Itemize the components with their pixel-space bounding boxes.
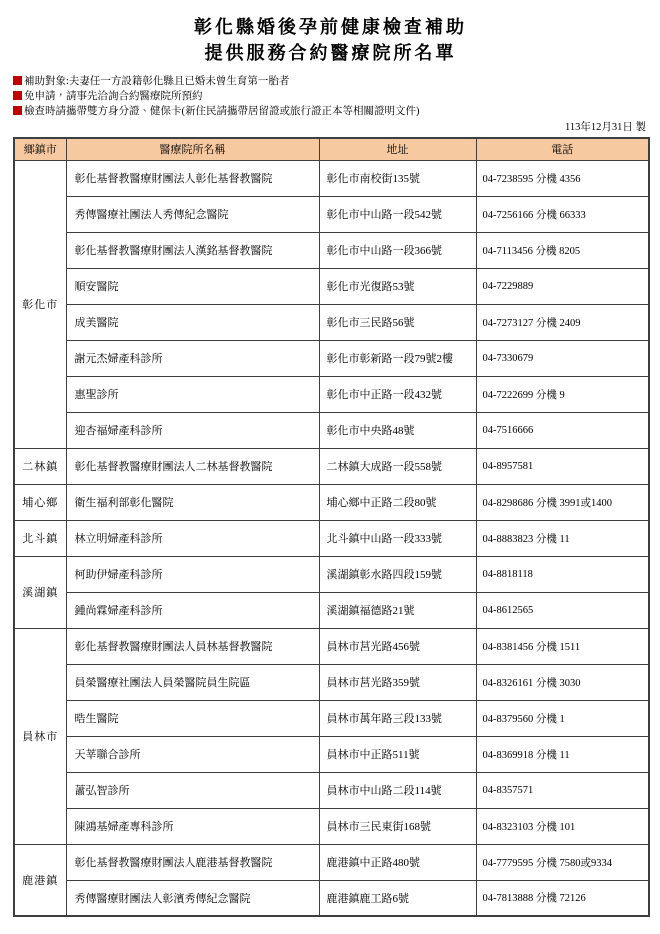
note-text: 補助對象:夫妻任一方設籍彰化縣且已婚未曾生育第一胎者 [24,76,289,87]
address-cell: 溪湖鎮彰水路四段159號 [319,556,476,592]
table-row: 員林市彰化基督教醫療財團法人員林基督教醫院員林市莒光路456號04-838145… [14,628,649,664]
address-cell: 彰化市中央路48號 [319,412,476,448]
hospital-name-cell: 彰化基督教醫療財團法人員林基督教醫院 [66,628,319,664]
hospital-name-cell: 晧生醫院 [66,700,319,736]
address-cell: 埔心鄉中正路二段80號 [319,484,476,520]
table-row: 鹿港鎮彰化基督教醫療財團法人鹿港基督教醫院鹿港鎮中正路480號04-777959… [14,844,649,880]
table-row: 員榮醫療社團法人員榮醫院員生院區員林市莒光路359號04-8326161 分機 … [14,664,649,700]
table-row: 北斗鎮林立明婦產科診所北斗鎮中山路一段333號04-8883823 分機 11 [14,520,649,556]
hospital-name-cell: 彰化基督教醫療財團法人漢銘基督教醫院 [66,232,319,268]
date-note: 113年12月31日 製 [13,121,648,135]
table-row: 埔心鄉衛生福利部彰化醫院埔心鄉中正路二段80號04-8298686 分機 399… [14,484,649,520]
hospital-name-cell: 鍾尚霖婦產科診所 [66,592,319,628]
phone-cell: 04-8298686 分機 3991或1400 [476,484,649,520]
table-row: 彰化市彰化基督教醫療財團法人彰化基督教醫院彰化市南校街135號04-723859… [14,160,649,196]
address-cell: 鹿港鎮中正路480號 [319,844,476,880]
phone-cell: 04-8957581 [476,448,649,484]
hospital-name-cell: 順安醫院 [66,268,319,304]
address-cell: 彰化市中正路一段432號 [319,376,476,412]
red-square-bullet-icon [13,91,22,100]
hospital-name-cell: 迎杏福婦產科診所 [66,412,319,448]
page-title-line1: 彰化縣婚後孕前健康檢查補助 [13,14,648,40]
note-text: 檢查時請攜帶雙方身分證、健保卡(新住民請攜帶居留證或旅行證正本等相關證明文件) [24,106,420,117]
phone-cell: 04-7229889 [476,268,649,304]
table-row: 晧生醫院員林市萬年路三段133號04-8379560 分機 1 [14,700,649,736]
table-row: 成美醫院彰化市三民路56號04-7273127 分機 2409 [14,304,649,340]
town-cell: 鹿港鎮 [14,844,66,916]
table-row: 順安醫院彰化市光復路53號04-7229889 [14,268,649,304]
column-header-phone: 電話 [476,138,649,160]
address-cell: 鹿港鎮鹿工路6號 [319,880,476,916]
address-cell: 員林市中山路二段114號 [319,772,476,808]
phone-cell: 04-7516666 [476,412,649,448]
hospital-name-cell: 陳鴻基婦產專科診所 [66,808,319,844]
address-cell: 二林鎮大成路一段558號 [319,448,476,484]
note-line: 補助對象:夫妻任一方設籍彰化縣且已婚未曾生育第一胎者 [13,74,648,89]
address-cell: 彰化市彰新路一段79號2樓 [319,340,476,376]
hospital-name-cell: 衛生福利部彰化醫院 [66,484,319,520]
town-cell: 溪湖鎮 [14,556,66,628]
table-header-row: 鄉鎮市 醫療院所名稱 地址 電話 [14,138,649,160]
hospital-name-cell: 彰化基督教醫療財團法人彰化基督教醫院 [66,160,319,196]
table-row: 陳鴻基婦產專科診所員林市三民東街168號04-8323103 分機 101 [14,808,649,844]
address-cell: 員林市萬年路三段133號 [319,700,476,736]
table-row: 蕭弘智診所員林市中山路二段114號04-8357571 [14,772,649,808]
address-cell: 彰化市三民路56號 [319,304,476,340]
phone-cell: 04-7238595 分機 4356 [476,160,649,196]
note-line: 檢查時請攜帶雙方身分證、健保卡(新住民請攜帶居留證或旅行證正本等相關證明文件) [13,104,648,119]
phone-cell: 04-7113456 分機 8205 [476,232,649,268]
phone-cell: 04-7330679 [476,340,649,376]
phone-cell: 04-8381456 分機 1511 [476,628,649,664]
table-row: 迎杏福婦產科診所彰化市中央路48號04-7516666 [14,412,649,448]
hospital-name-cell: 彰化基督教醫療財團法人二林基督教醫院 [66,448,319,484]
hospital-name-cell: 柯助伊婦產科診所 [66,556,319,592]
hospital-name-cell: 蕭弘智診所 [66,772,319,808]
address-cell: 員林市中正路511號 [319,736,476,772]
address-cell: 溪湖鎮福德路21號 [319,592,476,628]
address-cell: 彰化市中山路一段542號 [319,196,476,232]
note-text: 免申請，請事先洽詢合約醫療院所預約 [24,91,203,102]
town-cell: 北斗鎮 [14,520,66,556]
hospital-name-cell: 秀傳醫療社團法人秀傳紀念醫院 [66,196,319,232]
hospital-name-cell: 秀傳醫療財團法人彰濱秀傳紀念醫院 [66,880,319,916]
address-cell: 北斗鎮中山路一段333號 [319,520,476,556]
page-title-line2: 提供服務合約醫療院所名單 [13,40,648,66]
address-cell: 員林市莒光路456號 [319,628,476,664]
contract-clinic-table: 鄉鎮市 醫療院所名稱 地址 電話 彰化市彰化基督教醫療財團法人彰化基督教醫院彰化… [13,137,650,917]
phone-cell: 04-8357571 [476,772,649,808]
table-row: 二林鎮彰化基督教醫療財團法人二林基督教醫院二林鎮大成路一段558號04-8957… [14,448,649,484]
hospital-name-cell: 謝元杰婦產科診所 [66,340,319,376]
phone-cell: 04-8818118 [476,556,649,592]
page-title: 彰化縣婚後孕前健康檢查補助 提供服務合約醫療院所名單 [13,14,648,66]
town-cell: 彰化市 [14,160,66,448]
column-header-town: 鄉鎮市 [14,138,66,160]
hospital-name-cell: 成美醫院 [66,304,319,340]
table-row: 鍾尚霖婦產科診所溪湖鎮福德路21號04-8612565 [14,592,649,628]
hospital-name-cell: 員榮醫療社團法人員榮醫院員生院區 [66,664,319,700]
phone-cell: 04-8379560 分機 1 [476,700,649,736]
column-header-clinic-name: 醫療院所名稱 [66,138,319,160]
address-cell: 彰化市中山路一段366號 [319,232,476,268]
hospital-name-cell: 彰化基督教醫療財團法人鹿港基督教醫院 [66,844,319,880]
red-square-bullet-icon [13,106,22,115]
town-cell: 埔心鄉 [14,484,66,520]
address-cell: 員林市三民東街168號 [319,808,476,844]
document-page: 彰化縣婚後孕前健康檢查補助 提供服務合約醫療院所名單 補助對象:夫妻任一方設籍彰… [0,0,660,934]
table-row: 謝元杰婦產科診所彰化市彰新路一段79號2樓04-7330679 [14,340,649,376]
phone-cell: 04-8326161 分機 3030 [476,664,649,700]
table-row: 溪湖鎮柯助伊婦產科診所溪湖鎮彰水路四段159號04-8818118 [14,556,649,592]
phone-cell: 04-7222699 分機 9 [476,376,649,412]
notes-block: 補助對象:夫妻任一方設籍彰化縣且已婚未曾生育第一胎者 免申請，請事先洽詢合約醫療… [13,74,648,119]
town-cell: 員林市 [14,628,66,844]
phone-cell: 04-8323103 分機 101 [476,808,649,844]
column-header-address: 地址 [319,138,476,160]
phone-cell: 04-7273127 分機 2409 [476,304,649,340]
table-row: 惠聖診所彰化市中正路一段432號04-7222699 分機 9 [14,376,649,412]
address-cell: 彰化市光復路53號 [319,268,476,304]
hospital-name-cell: 天莘聯合診所 [66,736,319,772]
phone-cell: 04-8883823 分機 11 [476,520,649,556]
table-row: 秀傳醫療社團法人秀傳紀念醫院彰化市中山路一段542號04-7256166 分機 … [14,196,649,232]
phone-cell: 04-7779595 分機 7580或9334 [476,844,649,880]
hospital-name-cell: 惠聖診所 [66,376,319,412]
phone-cell: 04-7256166 分機 66333 [476,196,649,232]
town-cell: 二林鎮 [14,448,66,484]
phone-cell: 04-8369918 分機 11 [476,736,649,772]
table-row: 天莘聯合診所員林市中正路511號04-8369918 分機 11 [14,736,649,772]
phone-cell: 04-8612565 [476,592,649,628]
table-row: 秀傳醫療財團法人彰濱秀傳紀念醫院鹿港鎮鹿工路6號04-7813888 分機 72… [14,880,649,916]
address-cell: 員林市莒光路359號 [319,664,476,700]
phone-cell: 04-7813888 分機 72126 [476,880,649,916]
red-square-bullet-icon [13,76,22,85]
hospital-name-cell: 林立明婦產科診所 [66,520,319,556]
address-cell: 彰化市南校街135號 [319,160,476,196]
note-line: 免申請，請事先洽詢合約醫療院所預約 [13,89,648,104]
table-row: 彰化基督教醫療財團法人漢銘基督教醫院彰化市中山路一段366號04-7113456… [14,232,649,268]
